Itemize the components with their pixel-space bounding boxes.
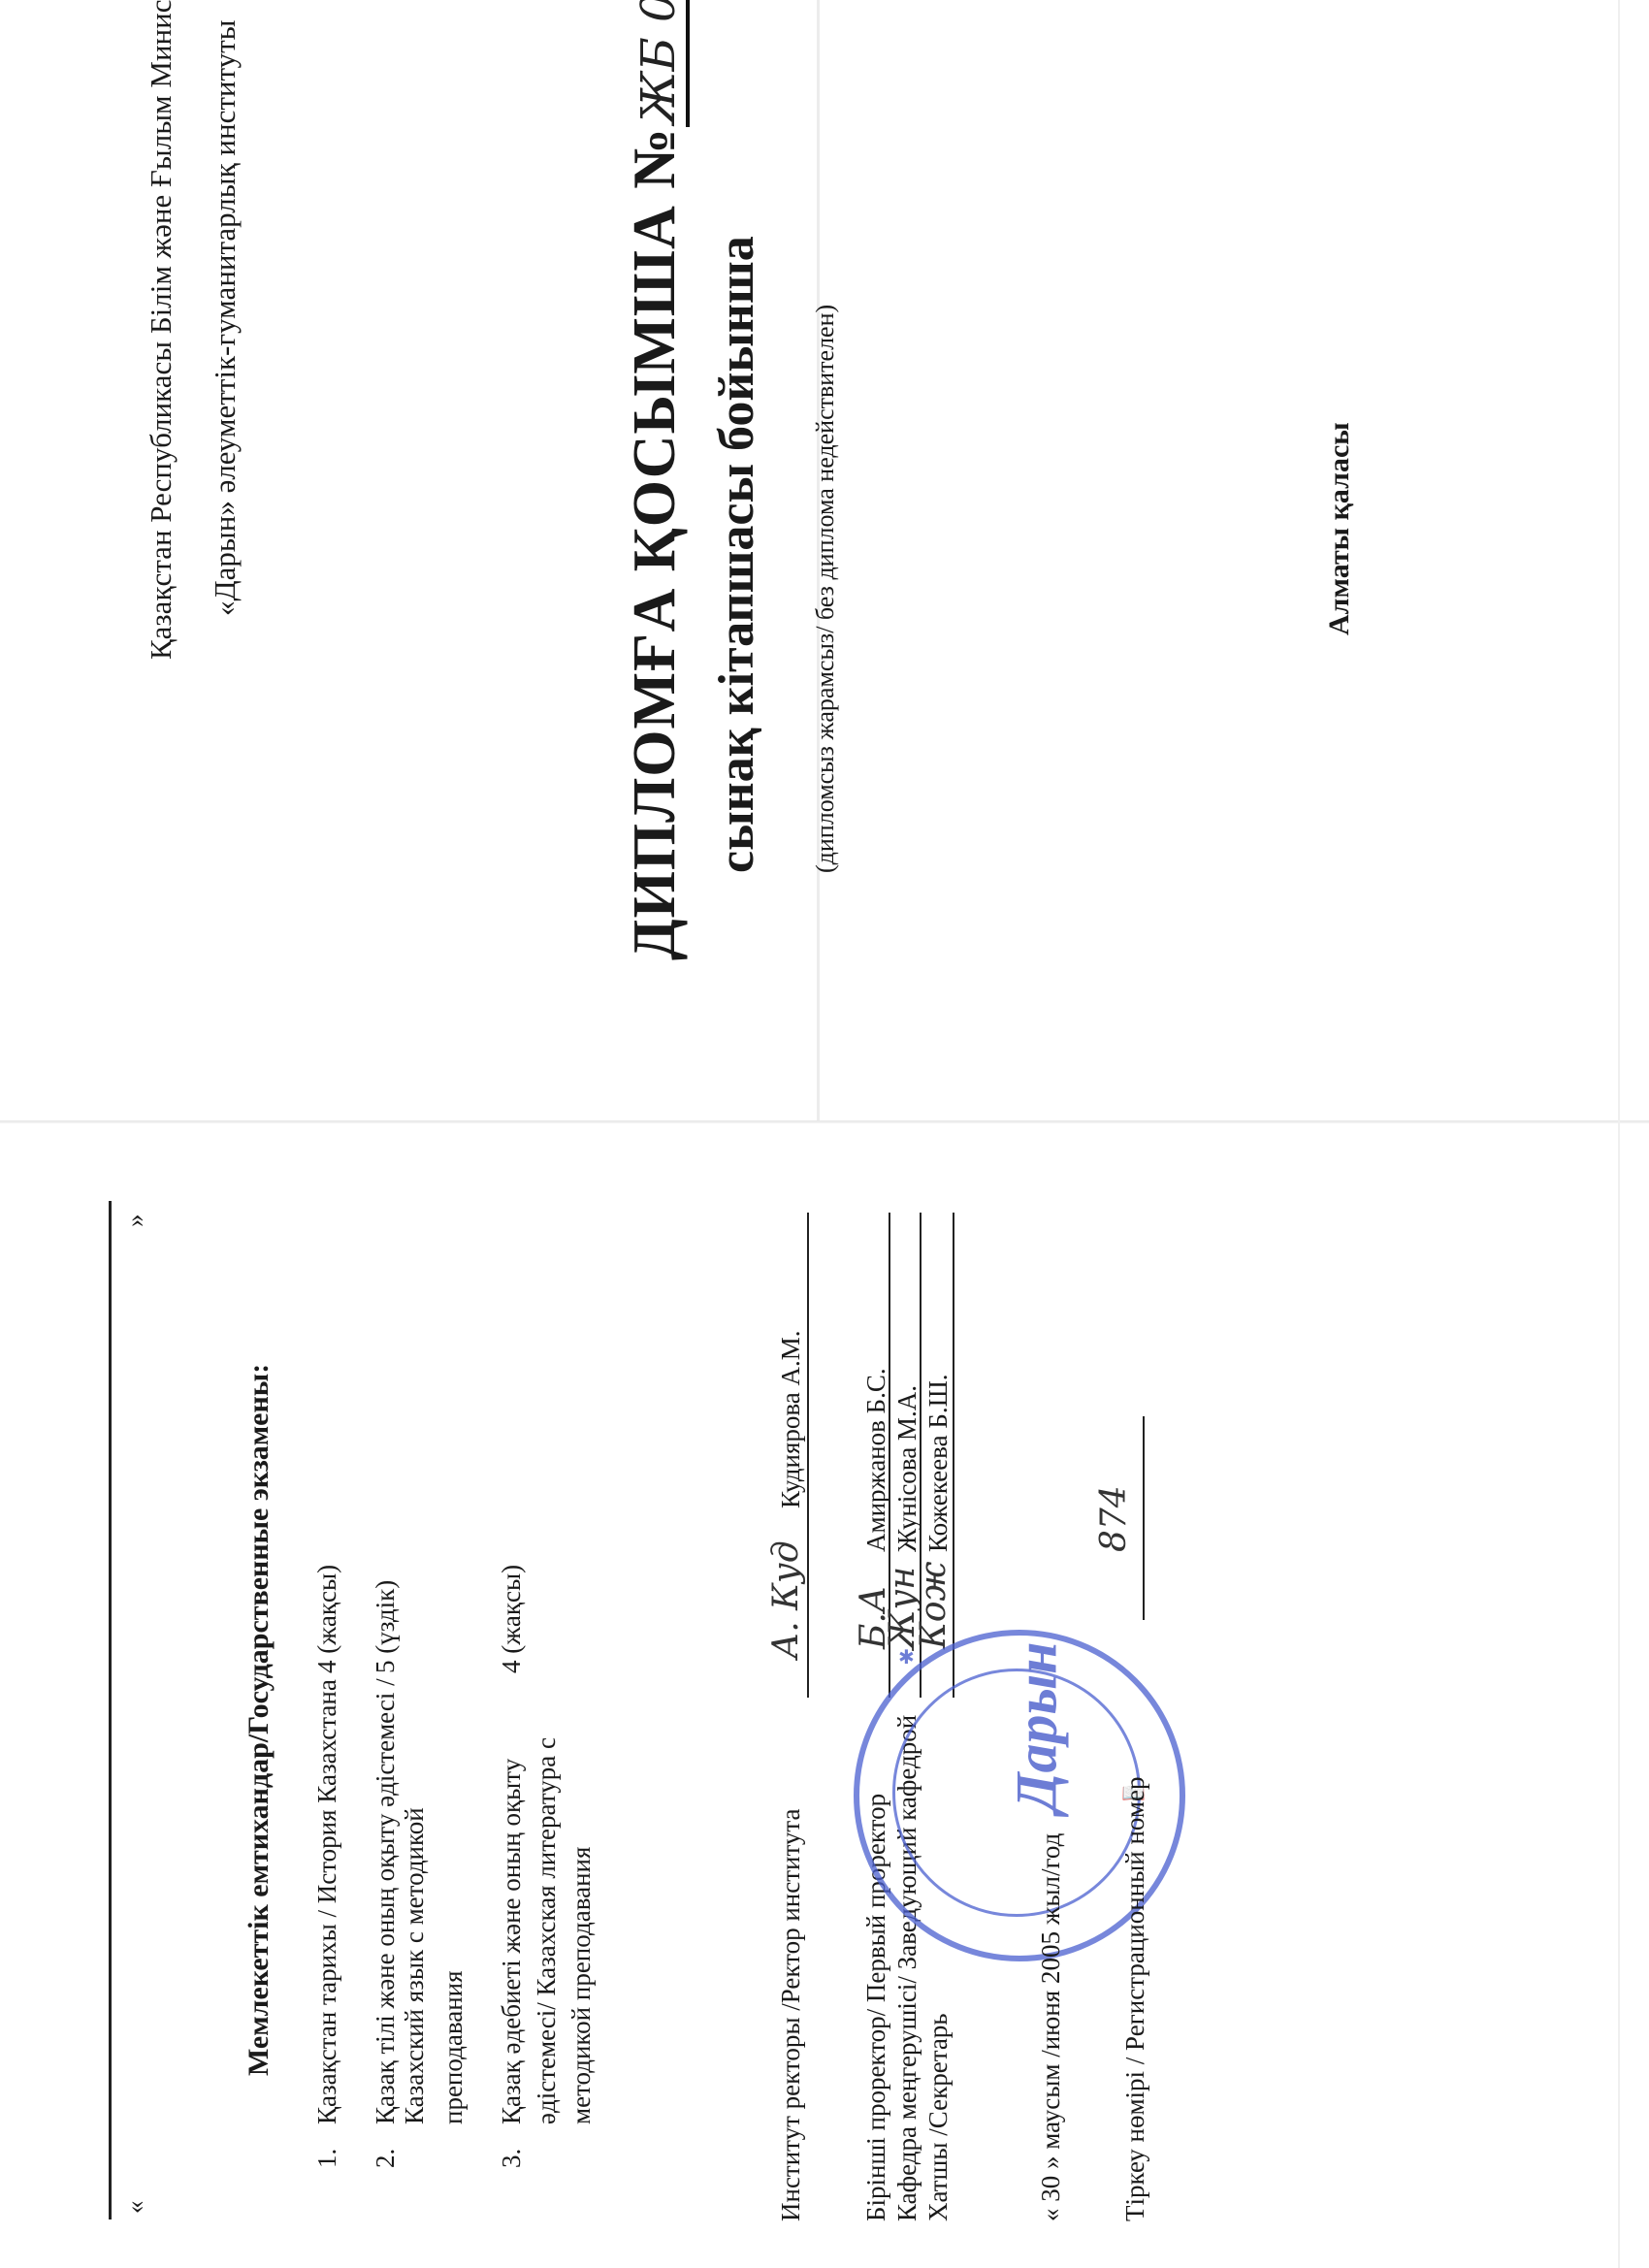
secretary-line xyxy=(953,1213,954,1698)
exam-2-title-line-1: Қазақ тілі және оның оқыту әдістемесі / xyxy=(371,1678,401,2124)
registration-number: 874 xyxy=(1094,1485,1134,1552)
exam-2-title-line-2: Казахский язык с методикой xyxy=(400,1807,430,2124)
exam-3-number: 3. xyxy=(497,2149,527,2168)
document-title: ДИПЛОМҒА ҚОСЫМША №ЖБ 0528798 xyxy=(621,0,690,960)
page-fold-horizontal xyxy=(0,1120,1649,1123)
quote-open: « xyxy=(120,2201,150,2215)
exam-1-grade: 4 (жақсы) xyxy=(312,1565,342,1673)
exam-1-title: Қазақстан тарихы / История Казахстана xyxy=(312,1679,342,2124)
exam-3-title-line-1: Қазақ әдебиеті және оның оқыту xyxy=(497,1759,527,2124)
secretary-role: Хатшы /Секретарь xyxy=(923,2013,954,2221)
header-line xyxy=(109,1201,112,2219)
first-prorector-name: Амиржанов Б.С. xyxy=(861,1368,891,1552)
issue-date: « 30 » маусым /июня 2005 жыл/год xyxy=(1036,1833,1066,2221)
institute-line: «Дарын» әлеуметтік-гуманитарлық институт… xyxy=(208,20,242,616)
exam-2-title-line-3: преподавания xyxy=(438,1970,469,2124)
secretary-name: Кожекеева Б.Ш. xyxy=(923,1374,954,1552)
rector-signature-line xyxy=(807,1213,809,1698)
secretary-signature: Кож xyxy=(914,1562,954,1649)
exam-3-title-line-3: методикой преподавания xyxy=(566,1847,597,2124)
exam-3-grade: 4 (жақсы) xyxy=(497,1565,527,1673)
rector-role: Институт ректоры /Ректор института xyxy=(776,1808,806,2221)
rector-signature: А. Куд xyxy=(766,1540,806,1659)
rector-name: Кудиярова А.М. xyxy=(776,1330,806,1508)
city: Алматы қаласы xyxy=(1323,422,1356,635)
validity-note: (дипломсыз жарамсыз/ без диплома недейст… xyxy=(811,305,840,873)
head-of-department-name: Жунісова М.А. xyxy=(892,1385,922,1552)
registration-line xyxy=(1143,1416,1145,1620)
document-subtitle: сынақ кітапшасы бойынша xyxy=(708,236,765,873)
quote-close: » xyxy=(120,1215,150,1228)
exam-2-number: 2. xyxy=(371,2149,401,2168)
registration-label: Тіркеу нөмірі / Регистрационный номер xyxy=(1120,1777,1150,2221)
exam-3-title-line-2: әдістемесі/ Казахская литература с xyxy=(532,1737,562,2124)
exam-2-grade: 5 (үздік) xyxy=(371,1580,401,1673)
title-text: ДИПЛОМҒА ҚОСЫМША № xyxy=(622,127,688,960)
page-edge xyxy=(1618,0,1620,2268)
stamp-emblem-text: Дарын xyxy=(1003,1642,1070,1813)
exam-1-number: 1. xyxy=(312,2149,342,2168)
stamp-star-icon: ✱ xyxy=(898,1645,915,1669)
ministry-line: Қазақстан Республикасы Білім және Ғылым … xyxy=(144,0,178,660)
section-title: Мемлекеттік емтихандар/Государственные э… xyxy=(242,1364,275,2076)
diploma-number: ЖБ 0528798 xyxy=(631,0,690,127)
